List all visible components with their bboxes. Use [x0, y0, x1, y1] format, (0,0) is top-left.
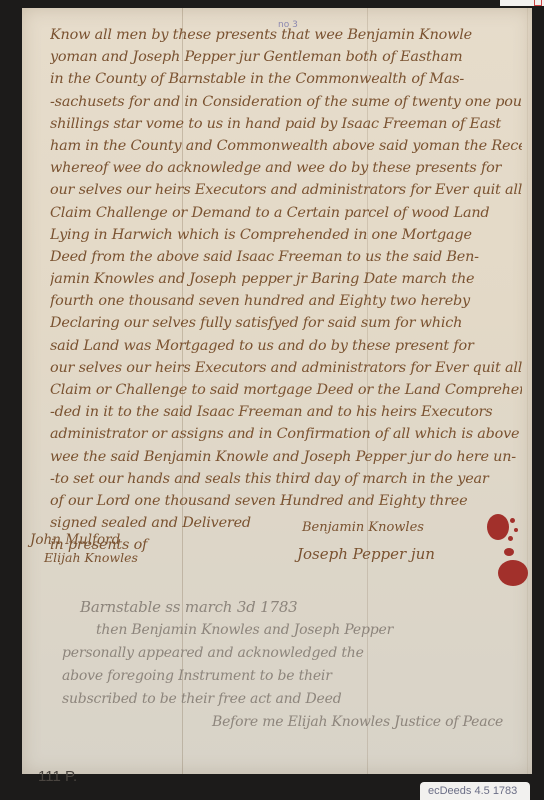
deed-line: said Land was Mortgaged to us and do by …: [50, 335, 522, 357]
acknowledgment-line: then Benjamin Knowles and Joseph Pepper: [62, 619, 518, 642]
deed-line: whereof wee do acknowledge and wee do by…: [50, 157, 522, 179]
acknowledgment-line: Before me Elijah Knowles Justice of Peac…: [62, 711, 518, 734]
signatory-signature: Benjamin Knowles: [302, 520, 424, 535]
catalog-mark: 111 P.: [38, 768, 77, 785]
acknowledgment-line: personally appeared and acknowledged the: [62, 642, 518, 665]
deed-line: jamin Knowles and Joseph pepper jr Barin…: [50, 268, 522, 290]
deed-line: shillings star vome to us in hand paid b…: [50, 113, 522, 135]
deed-line: -ded in it to the said Isaac Freeman and…: [50, 401, 522, 423]
deed-line: Deed from the above said Isaac Freeman t…: [50, 246, 522, 268]
deed-line: in the County of Barnstable in the Commo…: [50, 68, 522, 90]
deed-line: of our Lord one thousand seven Hundred a…: [50, 490, 522, 512]
deed-line: wee the said Benjamin Knowle and Joseph …: [50, 446, 522, 468]
deed-line: our selves our heirs Executors and admin…: [50, 179, 522, 201]
acknowledgment-line: subscribed to be their free act and Deed: [62, 688, 518, 711]
deed-line: administrator or assigns and in Confirma…: [50, 423, 522, 445]
deed-line: -sachusets for and in Consideration of t…: [50, 91, 522, 113]
signatory-signature: Joseph Pepper jun: [297, 545, 435, 563]
deed-line: Declaring our selves fully satisfyed for…: [50, 312, 522, 334]
deed-line: yoman and Joseph Pepper jur Gentleman bo…: [50, 46, 522, 68]
deed-line: Lying in Harwich which is Comprehended i…: [50, 224, 522, 246]
deed-line: signed sealed and Delivered: [50, 512, 522, 534]
acknowledgment-line: Barnstable ss march 3d 1783: [62, 596, 518, 619]
deed-line: -to set our hands and seals this third d…: [50, 468, 522, 490]
deed-line: Claim Challenge or Demand to a Certain p…: [50, 202, 522, 224]
archive-label-top-corner: [500, 0, 544, 6]
archive-label: ecDeeds 4.5 1783: [420, 782, 530, 800]
deed-line: our selves our heirs Executors and admin…: [50, 357, 522, 379]
deed-body: Know all men by these presents that wee …: [50, 24, 522, 557]
acknowledgment-line: above foregoing Instrument to be their: [62, 665, 518, 688]
acknowledgment-block: Barnstable ss march 3d 1783then Benjamin…: [62, 596, 518, 734]
witness-signature: John Mulford: [30, 532, 120, 548]
deed-line: Claim or Challenge to said mortgage Deed…: [50, 379, 522, 401]
deed-line: fourth one thousand seven hundred and Ei…: [50, 290, 522, 312]
deed-line: Know all men by these presents that wee …: [50, 24, 522, 46]
witness-signature: Elijah Knowles: [44, 550, 138, 565]
document-page: no 3 Know all men by these presents that…: [22, 8, 532, 774]
deed-line: ham in the County and Commonwealth above…: [50, 135, 522, 157]
